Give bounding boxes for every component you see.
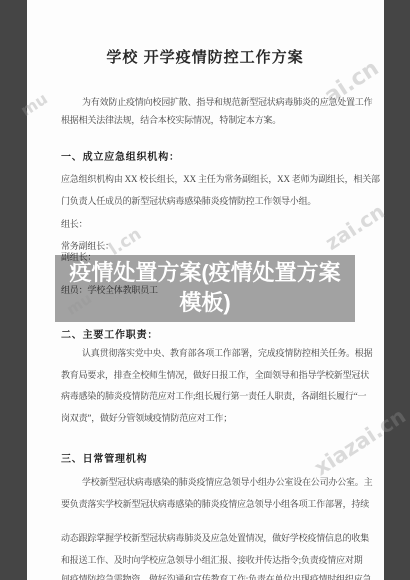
role-exec-deputy-label: 常务副组长：	[61, 241, 114, 252]
section2-line-4: 岗双责”，做好分管领域疫情防范应对工作；	[61, 413, 232, 424]
section3-heading: 三、日常管理机构	[61, 454, 147, 465]
section3-line-3: 动态跟踪掌握学校新型冠状病毒肺炎及应急处置情况，做好学校疫情信息的收集	[61, 533, 369, 544]
section3-line-5: 间疫情防控急需物资、做好沟通和宣传教育工作;负责在单位出现疫情时组织应急	[61, 574, 371, 580]
section1-line-1: 应急组织机构由 XX 校长组长，XX 主任为常务副组长，XX 老师为副组长，相关…	[61, 174, 380, 185]
section2-line-1: 认真贯彻落实党中央、教育部各项工作部署，完成疫情防控相关任务。根据	[82, 348, 372, 359]
section3-line-2: 要负责落实学校新型冠状病毒感染的肺炎疫情应急领导小组各项工作部署，持续	[61, 499, 369, 510]
document-page: ai.cn zai.cn l.cn xiazai.cn mu mu 学校 开学疫…	[0, 0, 410, 580]
intro-line-2: 根据相关法律法规，结合本校实际情况，特制定本方案。	[61, 115, 281, 126]
right-border-bar	[384, 0, 410, 580]
overlay-caption-line-1: 疫情处置方案(疫情处置方案	[55, 258, 355, 288]
watermark: zai.cn	[321, 199, 389, 255]
intro-line-1: 为有效防止疫情向校园扩散、指导和规范新型冠状病毒肺炎的应急处置工作	[82, 97, 372, 108]
section1-line-2: 门负责人任成员的新型冠状病毒感染肺炎疫情防控工作领导小组。	[61, 196, 316, 207]
section3-line-1: 学校新型冠状病毒感染的肺炎疫情应急领导小组办公室设在公司办公室。主	[82, 477, 372, 488]
overlay-caption-line-2: 模板)	[55, 288, 355, 318]
document-title: 学校 开学疫情防控工作方案	[0, 46, 410, 67]
section1-heading: 一、成立应急组织机构：	[61, 152, 180, 163]
section2-heading: 二、主要工作职责：	[61, 330, 158, 341]
overlay-caption: 疫情处置方案(疫情处置方案 模板)	[55, 258, 355, 318]
section2-line-3: 病毒感染的肺炎疫情防范应对工作;组长履行第一责任人职责，各副组长履行“一	[61, 391, 366, 402]
role-leader-label: 组长：	[61, 219, 87, 230]
section3-line-4: 和报送工作、及时向学校应急领导小组汇报、接收并传达指令;负责疫情应对期	[61, 555, 363, 566]
section2-line-2: 教育局要求，排查全校师生情况，做好日报工作，全面领导和指导学校新型冠状	[61, 370, 369, 381]
left-border-bar	[0, 0, 27, 580]
